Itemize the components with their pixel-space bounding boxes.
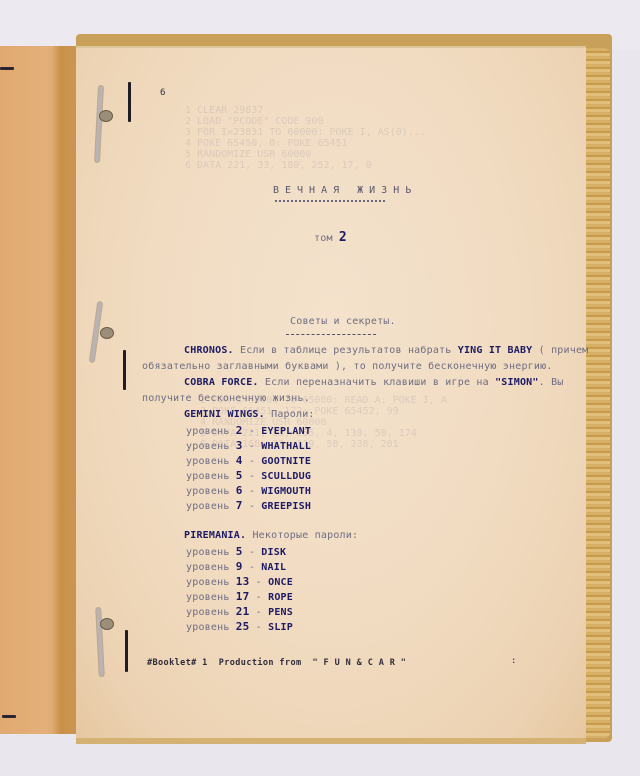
- entry-gemini-wings: GEMINI WINGS. Пароли:: [184, 409, 315, 420]
- booklet-footer: #Booklet# 1 Production from " F U N & C …: [147, 658, 406, 668]
- password-row: уровень 2 - EYEPLANT: [186, 424, 311, 437]
- volume-number: 2: [339, 230, 347, 245]
- entry-chronos-line1: CHRONOS. Если в таблице результатов набр…: [184, 345, 588, 356]
- password-row: уровень 5 - SCULLDUG: [186, 469, 311, 482]
- binding-knot-top: [99, 110, 113, 122]
- spine-stain: [52, 46, 76, 734]
- password-row: уровень 25 - SLIP: [186, 620, 293, 633]
- volume-label: том: [314, 233, 333, 244]
- game-name: COBRA FORCE.: [184, 377, 259, 388]
- game-name: GEMINI WINGS.: [184, 409, 265, 420]
- footer-page-mark: :: [511, 656, 516, 666]
- password-row: уровень 6 - WIGMOUTH: [186, 484, 311, 497]
- password-row: уровень 17 - ROPE: [186, 590, 293, 603]
- game-name: PIREMANIA.: [184, 530, 246, 541]
- volume-line: том 2: [314, 230, 347, 245]
- entry-cobra-force-line1: COBRA FORCE. Если переназначить клавиши …: [184, 377, 564, 388]
- password-row: уровень 4 - GOOTNITE: [186, 454, 311, 467]
- staple-top: [128, 82, 131, 122]
- password-row: уровень 7 - GREEPISH: [186, 499, 311, 512]
- entry-cobra-force-line2: получите бесконечную жизнь.: [142, 393, 310, 404]
- password-row: уровень 5 - DISK: [186, 545, 286, 558]
- title-underline: [275, 200, 385, 202]
- page-marker: 6: [160, 88, 165, 98]
- password-row: уровень 3 - WHATHALL: [186, 439, 311, 452]
- cover-staple-bottom: [2, 715, 16, 718]
- password-row: уровень 9 - NAIL: [186, 560, 286, 573]
- binding-knot-bottom: [100, 618, 114, 630]
- entry-piremania: PIREMANIA. Некоторые пароли:: [184, 530, 358, 541]
- cheat-code: "SIMON": [495, 377, 539, 388]
- password-row: уровень 13 - ONCE: [186, 575, 293, 588]
- entry-chronos-line2: обязательно заглавными буквами ), то пол…: [142, 361, 553, 372]
- section-title: Советы и секреты.: [290, 316, 396, 327]
- cheat-code: YING IT BABY: [458, 345, 533, 356]
- document-title: ВЕЧНАЯ ЖИЗНЬ: [273, 185, 417, 196]
- bleed-through-text: 1 CLEAR 29837 2 LOAD "PCODE" CODE 900 3 …: [185, 105, 426, 171]
- section-underline: [286, 334, 376, 335]
- game-name: CHRONOS.: [184, 345, 234, 356]
- password-row: уровень 21 - PENS: [186, 605, 293, 618]
- staple-middle: [123, 350, 126, 390]
- staple-bottom: [125, 630, 128, 672]
- cover-staple-top: [0, 67, 14, 70]
- binding-knot-middle: [100, 327, 114, 339]
